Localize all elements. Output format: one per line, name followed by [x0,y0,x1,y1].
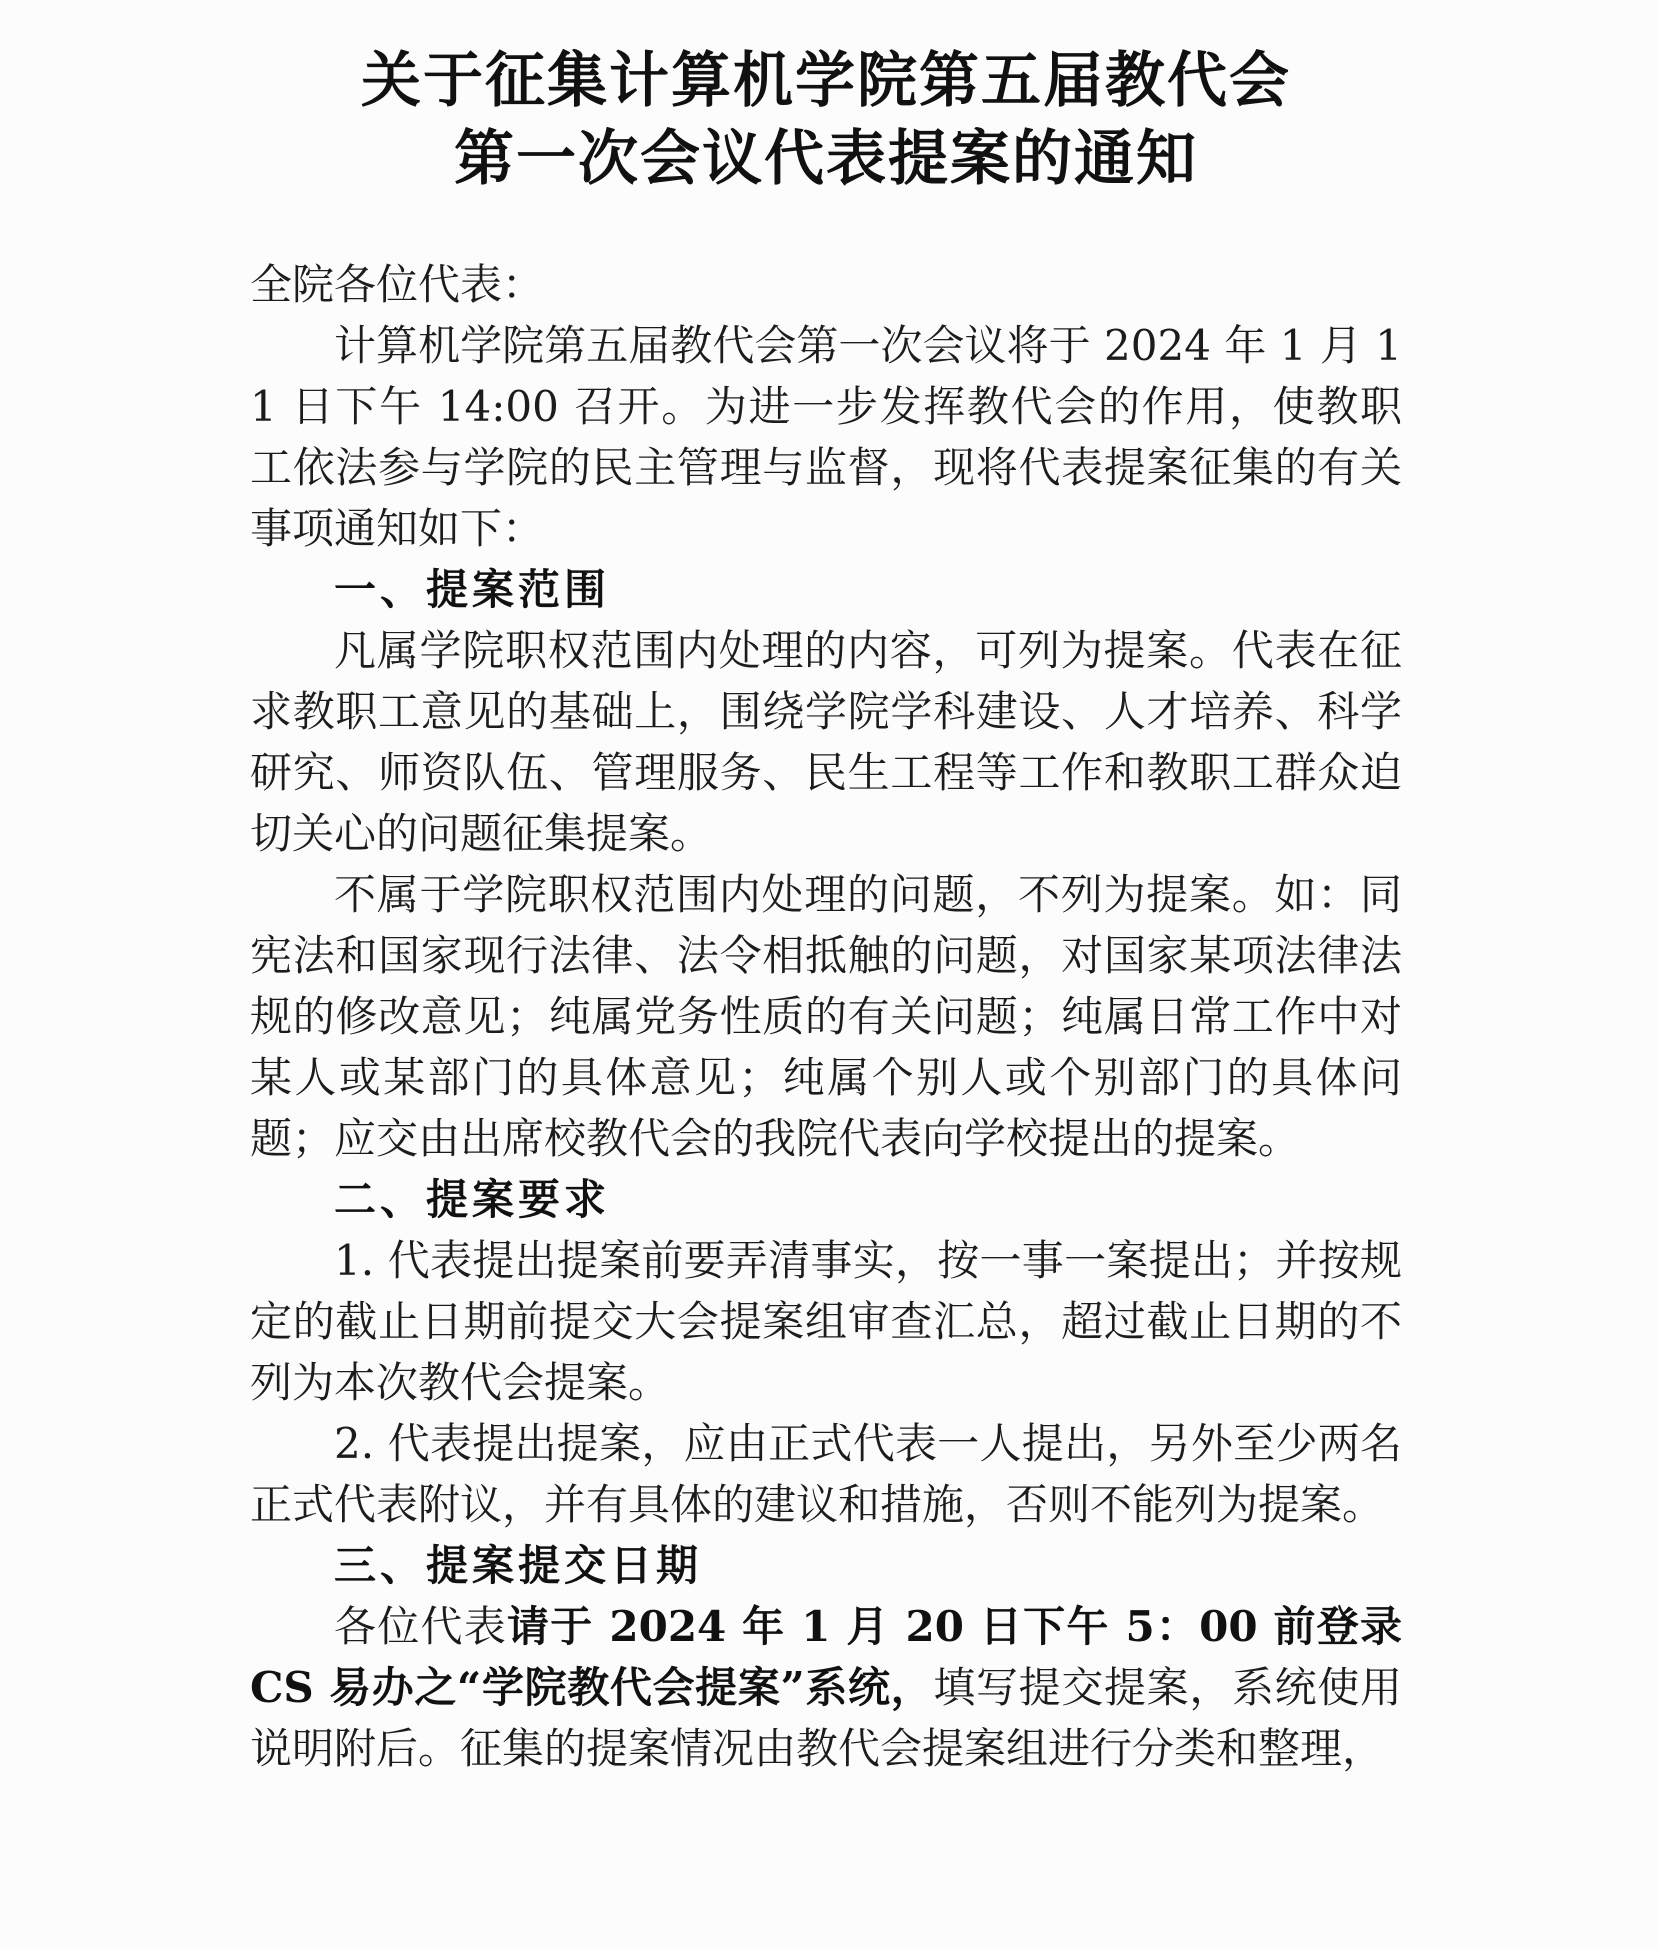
paragraph: 2. 代表提出提案，应由正式代表一人提出，另外至少两名正式代表附议，并有具体的建… [250,1413,1402,1535]
title-line-1: 关于征集计算机学院第五届教代会 [250,42,1402,120]
document-body: 计算机学院第五届教代会第一次会议将于 2024 年 1 月 11 日下午 14:… [250,315,1402,1779]
text-run: 三、提案提交日期 [334,1541,702,1590]
text-run: 一、提案范围 [334,565,610,614]
paragraph: 1. 代表提出提案前要弄清事实，按一事一案提出；并按规定的截止日期前提交大会提案… [250,1230,1402,1413]
text-run: 二、提案要求 [334,1175,610,1224]
text-run: 2. 代表提出提案，应由正式代表一人提出，另外至少两名正式代表附议，并有具体的建… [250,1419,1402,1529]
paragraph: 凡属学院职权范围内处理的内容，可列为提案。代表在征求教职工意见的基础上，围绕学院… [250,620,1402,864]
paragraph: 各位代表请于 2024 年 1 月 20 日下午 5：00 前登录 CS 易办之… [250,1596,1402,1779]
title-line-2: 第一次会议代表提案的通知 [250,120,1402,198]
text-run: 1. 代表提出提案前要弄清事实，按一事一案提出；并按规定的截止日期前提交大会提案… [250,1236,1402,1407]
notice-document: 关于征集计算机学院第五届教代会 第一次会议代表提案的通知 全院各位代表： 计算机… [0,0,1658,1948]
paragraph: 计算机学院第五届教代会第一次会议将于 2024 年 1 月 11 日下午 14:… [250,315,1402,559]
document-title: 关于征集计算机学院第五届教代会 第一次会议代表提案的通知 [250,42,1402,198]
paragraph: 不属于学院职权范围内处理的问题，不列为提案。如：同宪法和国家现行法律、法令相抵触… [250,864,1402,1169]
text-run: 凡属学院职权范围内处理的内容，可列为提案。代表在征求教职工意见的基础上，围绕学院… [250,626,1402,858]
text-run: 计算机学院第五届教代会第一次会议将于 2024 年 1 月 11 日下午 14:… [250,321,1402,553]
salutation: 全院各位代表： [250,254,1402,315]
section-heading: 一、提案范围 [250,559,1402,620]
text-run: 各位代表 [334,1602,507,1651]
text-run: 不属于学院职权范围内处理的问题，不列为提案。如：同宪法和国家现行法律、法令相抵触… [250,870,1402,1163]
section-heading: 三、提案提交日期 [250,1535,1402,1596]
section-heading: 二、提案要求 [250,1169,1402,1230]
